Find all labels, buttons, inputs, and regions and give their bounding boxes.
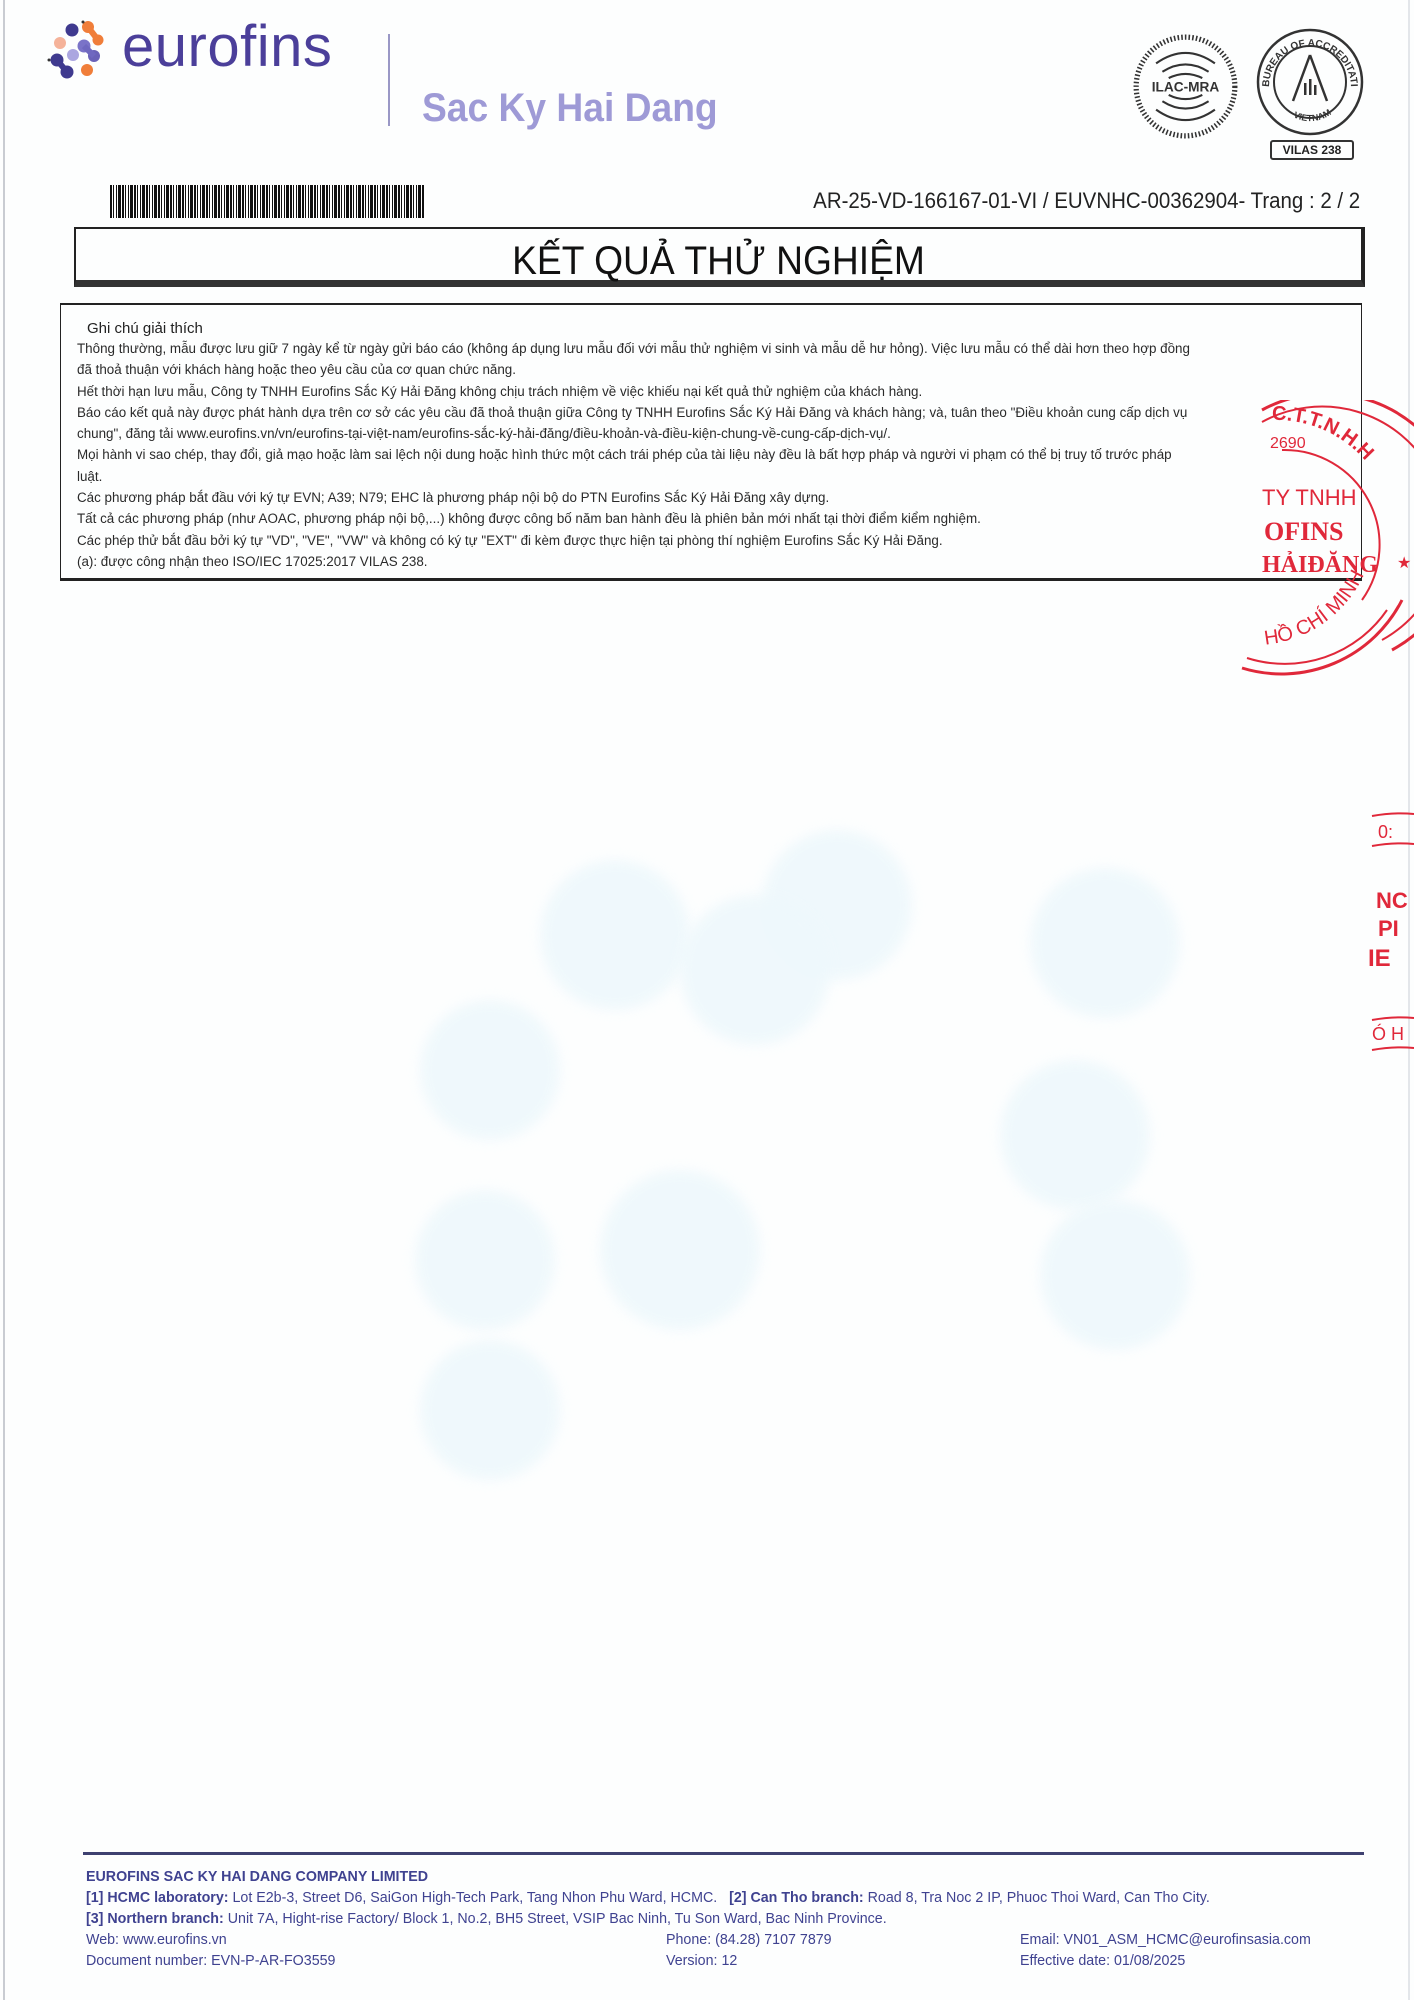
notes-box: Ghi chú giải thích Thông thường, mẫu đượ… — [60, 303, 1362, 581]
scan-edge-left — [3, 0, 5, 2000]
svg-text:TY TNHH: TY TNHH — [1262, 485, 1357, 510]
brand-divider — [388, 34, 390, 126]
svg-text:OFINS: OFINS — [1264, 517, 1343, 546]
notes-heading: Ghi chú giải thích — [87, 320, 1353, 337]
document-reference: AR-25-VD-166167-01-VI / EUVNHC-00362904-… — [813, 188, 1360, 214]
branch1-label: [1] HCMC laboratory: — [86, 1889, 229, 1906]
footer-company-name: EUROFINS SAC KY HAI DANG COMPANY LIMITED — [86, 1866, 1386, 1887]
svg-text:HỒ CHÍ MINH: HỒ CHÍ MINH — [1263, 567, 1369, 650]
footer-branches-1-2: [1] HCMC laboratory: Lot E2b-3, Street D… — [86, 1887, 1386, 1908]
note-line: luật. — [77, 466, 1353, 487]
footer-effective-date: Effective date: 01/08/2025 — [1020, 1950, 1185, 1971]
boa-vietnam-seal-icon: BUREAU OF ACCREDITATION VIETNAM — [1255, 27, 1365, 139]
footer-phone: Phone: (84.28) 7107 7879 — [666, 1929, 832, 1950]
svg-text:2690: 2690 — [1270, 435, 1306, 452]
note-line: Mọi hành vi sao chép, thay đổi, giả mạo … — [77, 444, 1353, 465]
footer-web: Web: www.eurofins.vn — [86, 1929, 227, 1950]
svg-text:C.T.T.N.H.H: C.T.T.N.H.H — [1272, 403, 1378, 465]
note-line: Thông thường, mẫu được lưu giữ 7 ngày kể… — [77, 338, 1353, 359]
footer-email: Email: VN01_ASM_HCMC@eurofinsasia.com — [1020, 1929, 1311, 1950]
branch3-label: [3] Northern branch: — [86, 1910, 224, 1927]
partial-seal-stamp-icon: 0: NC PI IE Ó H — [1364, 808, 1414, 1068]
footer-document-number: Document number: EVN-P-AR-FO3559 — [86, 1950, 335, 1971]
branch1-address: Lot E2b-3, Street D6, SaiGon High-Tech P… — [232, 1889, 717, 1906]
note-line: Báo cáo kết quả này được phát hành dựa t… — [77, 402, 1353, 423]
title-box: KẾT QUẢ THỬ NGHIỆM — [74, 227, 1365, 287]
branch3-address: Unit 7A, Hight-rise Factory/ Block 1, No… — [228, 1910, 887, 1927]
note-line: Các phương pháp bắt đầu với ký tự EVN; A… — [77, 487, 1353, 508]
page-title: KẾT QUẢ THỬ NGHIỆM — [121, 239, 1316, 284]
svg-text:VIETNAM: VIETNAM — [1292, 107, 1333, 123]
footer: EUROFINS SAC KY HAI DANG COMPANY LIMITED… — [86, 1866, 1386, 1971]
note-line: chung", đăng tải www.eurofins.vn/vn/euro… — [77, 423, 1353, 444]
note-line: Tất cả các phương pháp (như AOAC, phương… — [77, 508, 1353, 529]
svg-text:ILAC-MRA: ILAC-MRA — [1152, 80, 1220, 95]
svg-text:★: ★ — [1397, 555, 1411, 572]
note-line: Các phép thử bắt đầu bởi ký tự "VD", "VE… — [77, 530, 1353, 551]
ilac-mra-seal-icon: ILAC-MRA — [1133, 34, 1238, 139]
barcode — [110, 185, 424, 218]
branch2-address: Road 8, Tra Noc 2 IP, Phuoc Thoi Ward, C… — [868, 1889, 1210, 1906]
svg-text:IE: IE — [1368, 945, 1391, 972]
vilas-badge: VILAS 238 — [1270, 140, 1354, 160]
footer-version: Version: 12 — [666, 1950, 737, 1971]
svg-text:PI: PI — [1378, 916, 1399, 941]
footer-branch-3: [3] Northern branch: Unit 7A, Hight-rise… — [86, 1908, 1386, 1929]
footer-contact-row: Web: www.eurofins.vn Phone: (84.28) 7107… — [86, 1929, 1386, 1950]
svg-text:Ó H: Ó H — [1372, 1023, 1404, 1044]
note-line: đã thoả thuận với khách hàng hoặc theo y… — [77, 359, 1353, 380]
eurofins-logo-icon — [42, 20, 110, 80]
brand-name: eurofins — [122, 18, 332, 76]
subbrand-name: Sac Ky Hai Dang — [422, 88, 718, 128]
note-line: Hết thời hạn lưu mẫu, Công ty TNHH Eurof… — [77, 381, 1353, 402]
svg-text:NC: NC — [1376, 888, 1408, 913]
footer-doc-row: Document number: EVN-P-AR-FO3559 Version… — [86, 1950, 1386, 1971]
svg-text:BUREAU OF ACCREDITATION: BUREAU OF ACCREDITATION — [1255, 27, 1359, 87]
branch2-label: [2] Can Tho branch: — [729, 1889, 864, 1906]
footer-divider — [83, 1852, 1364, 1855]
svg-text:0:: 0: — [1378, 822, 1393, 842]
note-line: (a): được công nhận theo ISO/IEC 17025:2… — [77, 551, 1353, 572]
company-seal-stamp-icon: C.T.T.N.H.H 2690 TY TNHH OFINS HẢIĐĂNG ★… — [1222, 400, 1414, 680]
